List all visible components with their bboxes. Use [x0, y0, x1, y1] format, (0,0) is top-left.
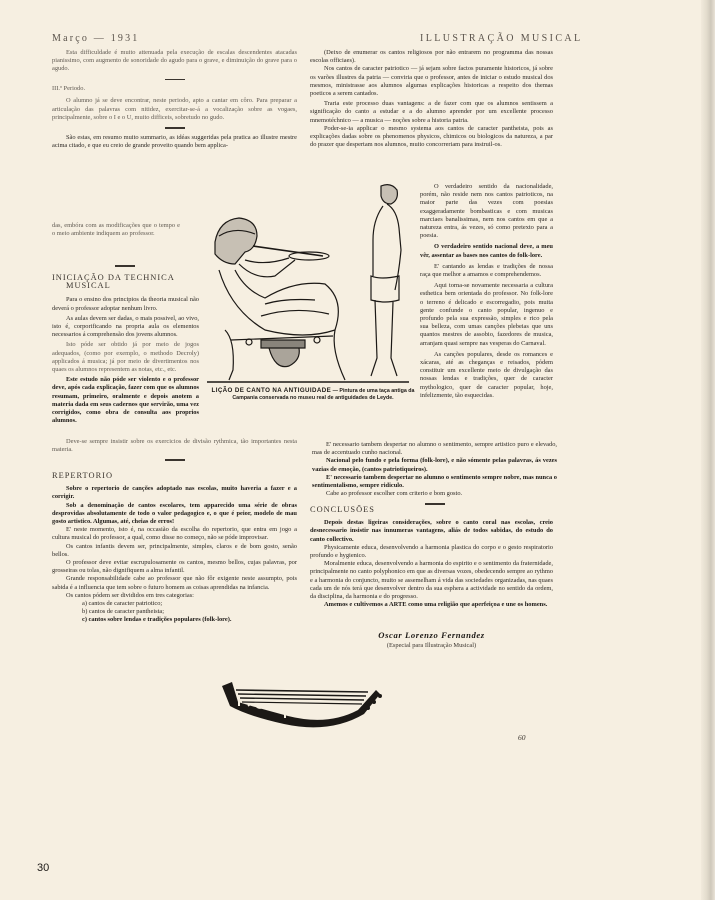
repertoire-section: REPERTORIO Sobre o repertorio de canções…	[52, 472, 297, 625]
illustration-caption: LIÇÃO DE CANTO NA ANTIGUIDADE — Pintura …	[208, 388, 418, 401]
caption-title: LIÇÃO DE CANTO NA ANTIGUIDADE	[212, 387, 332, 394]
summary-continuation: das, embóra com as modificações que o te…	[52, 222, 180, 238]
right-column-narrow: O verdadeiro sentido da nacionalidade, p…	[420, 183, 553, 400]
technique-section: INICIAÇÃO DA TECHNICA MUSICAL Para o ens…	[52, 274, 199, 425]
right-paragraph: Poder-se-ia applicar o mesmo systema aos…	[310, 125, 553, 150]
author-name: Oscar Lorenzo Fernandez	[310, 630, 553, 640]
section-divider	[165, 459, 185, 461]
category-item: c) cantos sobre lendas e tradições popul…	[52, 616, 297, 624]
technique-paragraph: Isto póde ser obtido já por meio de jogo…	[52, 341, 199, 374]
conclusion-paragraph: Moralmente educa, desenvolvendo a harmon…	[310, 560, 553, 601]
repertoire-paragraph: Os cantos pódem ser divididos em tres ca…	[52, 592, 297, 600]
nationality-paragraph: O verdadeiro sentido nacional deve, a me…	[420, 243, 553, 259]
page-binding-edge	[701, 0, 715, 900]
conclusions-heading: CONCLUSÕES	[310, 506, 553, 514]
summary-paragraph-end: das, embóra com as modificações que o te…	[52, 222, 180, 238]
right-paragraph: (Deixo de enumerar os cantos religiosos …	[310, 49, 553, 65]
period-paragraph: O alumno já se deve encontrar, neste per…	[52, 97, 297, 122]
period-heading: III.º Periodo.	[52, 85, 297, 93]
page-number: 30	[37, 862, 49, 874]
folklore-paragraph: As canções populares, desde os romances …	[420, 351, 553, 400]
repertoire-paragraph: Grande responsabilidade cabe ao professo…	[52, 575, 297, 591]
running-head-title: ILLUSTRAÇÃO MUSICAL	[420, 33, 583, 44]
conclusions-section: CONCLUSÕES Depois destas ligeiras consid…	[310, 506, 553, 609]
conclusion-paragraph: Amemos e cultivemos a ARTE como uma reli…	[310, 601, 553, 609]
right-column-top: (Deixo de enumerar os cantos religiosos …	[310, 49, 553, 149]
repertoire-heading: REPERTORIO	[52, 472, 297, 480]
technique-paragraph: Este estudo não póde ser violento e o pr…	[52, 376, 199, 425]
category-item: a) cantos de caracter patriotico;	[52, 600, 297, 608]
folio-mark: 60	[518, 733, 526, 742]
intro-paragraph: Esta difficuldade é muito attenuada pela…	[52, 49, 297, 74]
section-divider	[165, 79, 185, 81]
antique-singing-lesson-illustration	[205, 180, 410, 385]
repertoire-paragraph: Os cantos infantis devem ser, principalm…	[52, 543, 297, 559]
repertoire-paragraph: Sobre o repertorio de canções adoptado n…	[52, 485, 297, 501]
conclusion-paragraph: Physicamente educa, desenvolvendo a harm…	[310, 544, 553, 560]
conclusion-paragraph: Depois destas ligeiras considerações, so…	[310, 519, 553, 544]
section-divider	[425, 503, 445, 505]
repertoire-paragraph: Sob a denominação de cantos escolares, t…	[52, 502, 297, 527]
sentiment-paragraph: E' necessario tambem despertar no alumno…	[312, 441, 557, 457]
rhythm-paragraph-block: Deve-se sempre insistir sobre os exercic…	[52, 438, 297, 466]
category-list: a) cantos de caracter patriotico; b) can…	[52, 600, 297, 625]
category-item: b) cantos de caracter pantheista;	[52, 608, 297, 616]
technique-paragraph: As aulas devem ser dadas, o mais possive…	[52, 315, 199, 340]
sentiment-paragraph: Cabe ao professor escolher com criterio …	[312, 490, 557, 498]
nationality-paragraph: O verdadeiro sentido da nacionalidade, p…	[420, 183, 553, 240]
lyre-ornament-icon	[218, 672, 383, 732]
right-paragraph: Traria este processo duas vantagens: a d…	[310, 100, 553, 125]
repertoire-paragraph: O professor deve evitar escrupulosamente…	[52, 559, 297, 575]
right-column-bottom: E' necessario tambem despertar no alumno…	[312, 441, 557, 510]
author-note: (Especial para Illustração Musical)	[310, 642, 553, 649]
sentiment-paragraph: E' necessario tambem despertar no alumno…	[312, 474, 557, 490]
section-divider	[115, 265, 135, 267]
right-paragraph: Nos cantos de caracter patriotico — já s…	[310, 65, 553, 98]
running-head-date: Março — 1931	[52, 33, 140, 44]
repertoire-paragraph: E' neste momento, isto é, na occasião da…	[52, 526, 297, 542]
technique-paragraph: Para o ensino dos principios da theoria …	[52, 296, 199, 312]
folklore-paragraph: Aqui torna-se novamente necessaria a cul…	[420, 282, 553, 348]
left-column-top: Esta difficuldade é muito attenuada pela…	[52, 49, 297, 150]
folklore-paragraph: E' cantando as lendas e tradições de nos…	[420, 263, 553, 279]
technique-heading-line2: MUSICAL	[52, 282, 199, 290]
magazine-page: Março — 1931 ILLUSTRAÇÃO MUSICAL Esta di…	[0, 0, 715, 900]
summary-paragraph: São estas, em resumo muito summario, as …	[52, 134, 297, 150]
author-signature: Oscar Lorenzo Fernandez (Especial para I…	[310, 630, 553, 649]
rhythm-paragraph: Deve-se sempre insistir sobre os exercic…	[52, 438, 297, 454]
section-divider	[165, 127, 185, 129]
sentiment-paragraph: Nacional pelo fundo e pela forma (folk-l…	[312, 457, 557, 473]
